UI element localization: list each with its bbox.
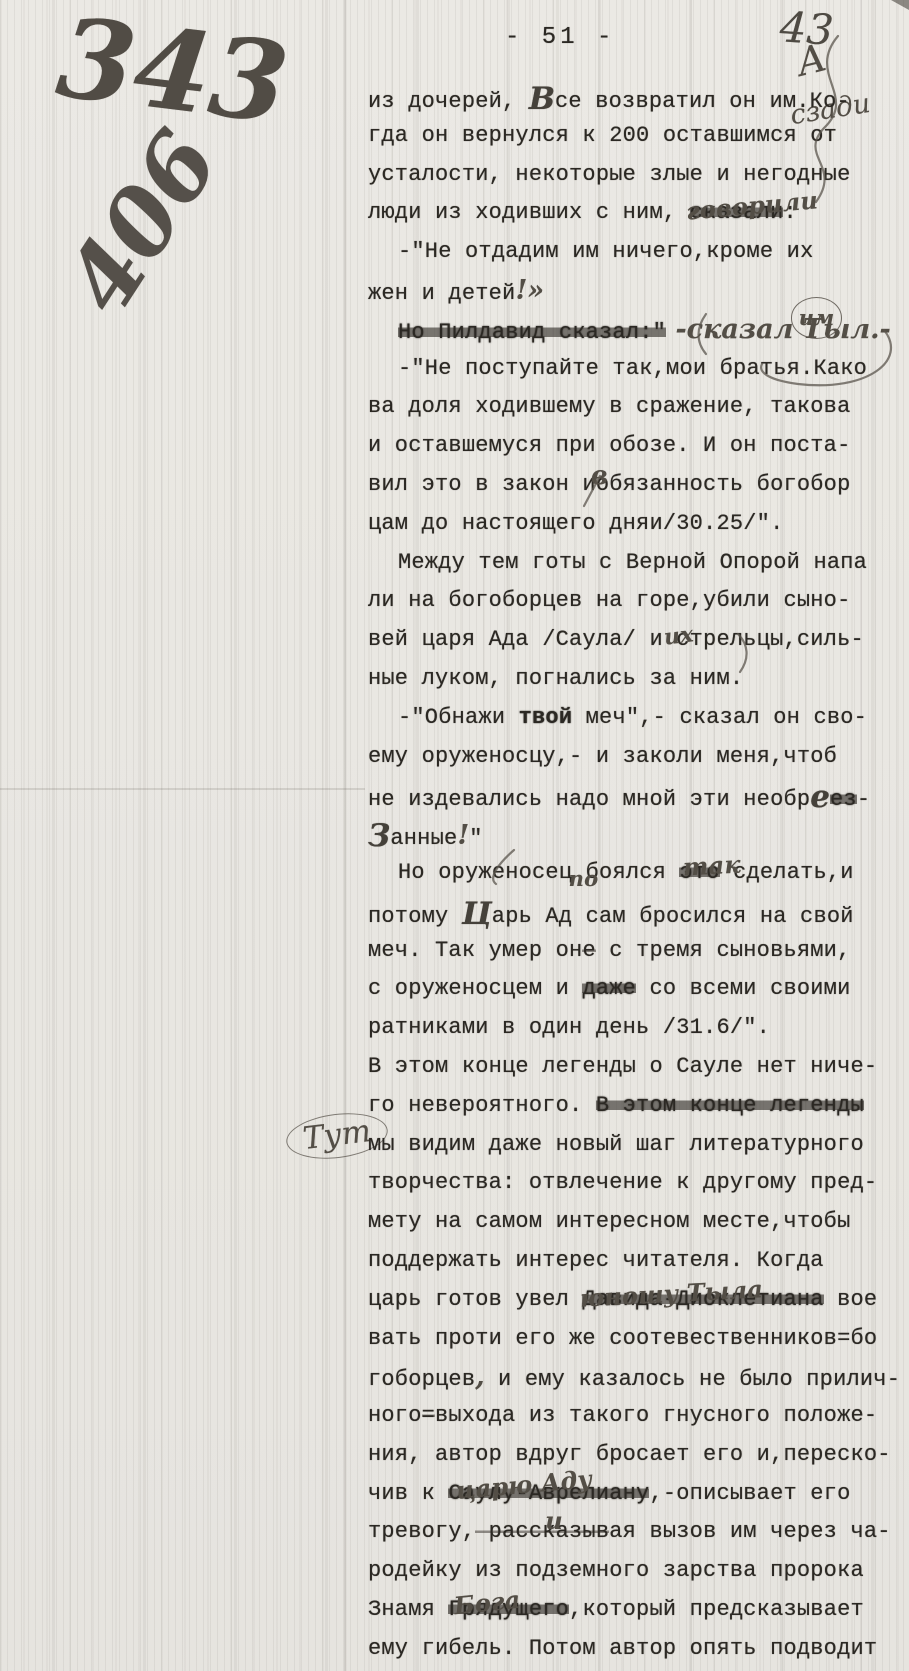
typed-text-segment: царь готов увел <box>368 1287 582 1312</box>
handwritten-insertion: их <box>662 616 696 658</box>
page-number: - 51 - <box>505 24 615 51</box>
paper-crease <box>0 788 365 790</box>
typed-text-segment: - <box>857 787 870 812</box>
typed-line: -"Обнажи твой меч",- сказал он сво- <box>368 699 898 738</box>
typed-line: ного=выхода из такого гнусного положе- <box>368 1397 898 1436</box>
typed-text-segment: -"Не поступайте так,мои братья.Како <box>398 356 867 381</box>
typed-line: ратниками в один день /31.6/". <box>368 1009 898 1048</box>
typed-text-segment: из дочерей, <box>368 89 529 114</box>
typed-line: ли на богоборцев на горе,убили сыно- <box>368 582 898 621</box>
typed-text-segment: боялся <box>586 860 680 885</box>
typed-text-segment: ли на богоборцев на горе,убили сыно- <box>368 588 850 613</box>
typed-line: Но оруженосец побоялся такэто сделать,и <box>368 854 898 893</box>
typed-line: го невероятного. В этом конце легенды <box>368 1087 898 1126</box>
typed-text-segment: ные луком, погнались за ним. <box>368 666 743 691</box>
typed-text-segment: Между тем готы с Верной Опорой напа <box>398 550 867 575</box>
struck-text: = <box>422 1403 435 1428</box>
typed-text-segment: -"Не отдадим им ничего,кроме их <box>398 239 813 264</box>
typed-line: ему гибель. Потом автор опять подводит <box>368 1630 898 1669</box>
typed-line: потому Царь Ад сам бросился на свой <box>368 893 898 932</box>
handwritten-archive-number-406: 406 <box>44 112 239 332</box>
typed-line: ему оруженосцу,- и заколи меня,чтоб <box>368 738 898 777</box>
typed-text-segment: -"Обнажи <box>398 705 519 730</box>
handwritten-insertion: так <box>682 845 742 887</box>
typed-line: вил это в закон ивобязанность богобор <box>368 466 898 505</box>
typed-text-segment: с тремя сыновьями, <box>596 938 851 963</box>
typed-line: мету на самом интересном месте,чтобы <box>368 1203 898 1242</box>
handwritten-insertion: им <box>791 297 843 339</box>
typed-line: ные луком, погнались за ним. <box>368 660 898 699</box>
typed-text-segment: вил это в закон и <box>368 472 596 497</box>
typed-text-segment: вей царя Ада /Саула/ и <box>368 627 676 652</box>
typed-text-segment: арь Ад сам бросился на свой <box>492 904 854 929</box>
typed-text-segment: ратниками в один день /31.6/". <box>368 1015 770 1040</box>
typed-text-segment: се возвратил он им.Ко- <box>555 89 850 114</box>
typed-text-segment: чив к <box>368 1481 448 1506</box>
handwritten-text: , <box>475 1361 484 1392</box>
typed-text-segment: и ему казалось не было прилич- <box>485 1367 900 1392</box>
typed-text-segment: ему гибель. Потом автор опять подводит <box>368 1636 877 1661</box>
typed-text-segment: обязанность богобор <box>596 472 851 497</box>
typed-line: В этом конце легенды о Сауле нет ниче- <box>368 1048 898 1087</box>
typed-text-segment: не издевались надо мной эти необр <box>368 787 810 812</box>
typed-line: мы видим даже новый шаг литературного <box>368 1126 898 1165</box>
typed-line: тревогу, рассказывиая вызов им через ча- <box>368 1513 898 1552</box>
typed-text: из дочерей, Все возвратил он им.Ко-гда о… <box>368 78 898 1669</box>
struck-text: рассказыв <box>475 1519 609 1544</box>
typed-line: меч. Так умер оне с тремя сыновьями, <box>368 932 898 971</box>
typed-text-segment: творчества: отвлечение к другому пред- <box>368 1170 877 1195</box>
typed-text-segment: " <box>469 826 482 851</box>
typed-text-segment: и оставшемуся при обозе. И он поста- <box>368 433 850 458</box>
typed-text-segment: го невероятного. <box>368 1093 596 1118</box>
corner-tear-mark <box>891 0 909 10</box>
typed-line: люди из ходивших с ним, говорилисказали: <box>368 194 898 233</box>
typed-text-segment: ного <box>368 1403 422 1428</box>
typed-line: не издевались надо мной эти необреез- <box>368 776 898 815</box>
typed-text-segment: цам до настоящего дняи/30.25/". <box>368 511 783 536</box>
typed-line: и оставшемуся при обозе. И он поста- <box>368 427 898 466</box>
typed-line: родейку из подземного зарства пророка <box>368 1552 898 1591</box>
typed-line: Но Пилдавид сказал:" -сказал имТыл.- <box>368 311 898 350</box>
typed-line: вей царя Ада /Саула/ и ихстрельцы,силь- <box>368 621 898 660</box>
typed-text-segment: стрельцы,силь- <box>676 627 864 652</box>
typed-text-segment: со всеми своими <box>636 976 850 1001</box>
typed-line: царь готов увел юношу ТылаДавида-Диоклет… <box>368 1281 898 1320</box>
typed-text-segment: Знамя <box>368 1597 448 1622</box>
typed-text-segment: жен и детей <box>368 281 515 306</box>
typed-text-segment: тревогу, <box>368 1519 475 1544</box>
typed-text-segment: с оруженосцем и <box>368 976 582 1001</box>
typed-line: из дочерей, Все возвратил он им.Ко- <box>368 78 898 117</box>
typed-line: усталости, некоторые злые и негодные <box>368 156 898 195</box>
typed-line: поддержать интерес читателя. Когда <box>368 1242 898 1281</box>
typed-text-segment: Но оруженосец <box>398 860 586 885</box>
document-page: - 51 - 43 343 406 А сзади Тут из дочерей… <box>0 0 909 1671</box>
typed-text-segment: ния, автор вдруг бросает его и,переско- <box>368 1442 891 1467</box>
typed-text-segment: гда он вернулся к 200 оставшимся от <box>368 123 837 148</box>
handwritten-overlay-letter: В <box>529 81 555 117</box>
typed-text-segment: люди из ходивших с ним, <box>368 200 690 225</box>
typed-text-segment: ,-описывает его <box>649 1481 850 1506</box>
typed-line: -"Не поступайте так,мои братья.Како <box>368 350 898 389</box>
typed-text-segment: усталости, некоторые злые и негодные <box>368 162 850 187</box>
handwritten-text: ! <box>457 820 469 851</box>
typed-line: с оруженосцем и даже со всеми своими <box>368 970 898 1009</box>
typed-text-segment: анные <box>390 826 457 851</box>
typed-text-segment: мы видим даже новый шаг литературного <box>368 1132 864 1157</box>
handwritten-insertion: в <box>591 457 608 496</box>
typed-text-segment: твой <box>519 705 573 730</box>
handwritten-text: -сказал <box>666 314 803 345</box>
typed-line: Знамя БогаГрядущего,который предсказывае… <box>368 1591 898 1630</box>
struck-text: даже <box>582 976 636 1001</box>
typed-line: чив к царю АдуСаулу-Аврелиану,-описывает… <box>368 1475 898 1514</box>
struck-text: е <box>582 938 595 963</box>
typed-line: вать проти его же соотевественников=бо <box>368 1320 898 1359</box>
handwritten-overlay-letter: е <box>810 779 830 815</box>
typed-line: ния, автор вдруг бросает его и,переско- <box>368 1436 898 1475</box>
handwritten-insertion: и <box>545 1502 563 1541</box>
struck-text: В этом конце легенды <box>596 1093 864 1118</box>
typed-text-segment: поддержать интерес читателя. Когда <box>368 1248 824 1273</box>
handwritten-overlay-letter: Ц <box>462 896 492 932</box>
struck-text: ез <box>830 787 857 812</box>
typed-text-segment: меч. Так умер он <box>368 938 582 963</box>
typed-text-segment: В этом конце легенды о Сауле нет ниче- <box>368 1054 877 1079</box>
typed-line: гоборцев, и ему казалось не было прилич- <box>368 1358 898 1397</box>
handwritten-overlay-letter: З <box>368 818 390 854</box>
typed-line: творчества: отвлечение к другому пред- <box>368 1164 898 1203</box>
handwritten-insertion: Бога <box>453 1581 523 1627</box>
typed-text-segment: гоборцев <box>368 1367 475 1392</box>
typed-line: -"Не отдадим им ничего,кроме их <box>368 233 898 272</box>
typed-line: гда он вернулся к 200 оставшимся от <box>368 117 898 156</box>
typed-text-segment: вое <box>824 1287 878 1312</box>
typed-text-segment: ва доля ходившему в сражение, такова <box>368 394 850 419</box>
typed-text-segment: ая вызов им через ча- <box>609 1519 890 1544</box>
typed-text-segment: родейку из подземного зарства пророка <box>368 1558 864 1583</box>
struck-text: Но Пилдавид сказал:" <box>398 320 666 345</box>
typed-text-segment: мету на самом интересном месте,чтобы <box>368 1209 850 1234</box>
typed-text-segment: меч",- сказал он сво- <box>572 705 867 730</box>
typed-text-segment: выхода из такого гнусного положе- <box>435 1403 877 1428</box>
handwritten-text: !» <box>515 275 544 306</box>
typed-line: Между тем готы с Верной Опорой напа <box>368 544 898 583</box>
paper-fold-line <box>344 0 346 1671</box>
handwritten-insertion: по <box>569 860 599 899</box>
typed-text-segment: ,который предсказывает <box>569 1597 864 1622</box>
typed-text-segment: вать проти его же соотевественников=бо <box>368 1326 877 1351</box>
typed-line: Занные!" <box>368 815 898 854</box>
typed-line: ва доля ходившему в сражение, такова <box>368 388 898 427</box>
typed-text-segment: потому <box>368 904 462 929</box>
typed-text-segment: ему оруженосцу,- и заколи меня,чтоб <box>368 744 837 769</box>
typed-line: цам до настоящего дняи/30.25/". <box>368 505 898 544</box>
handwritten-archive-number-343: 343 <box>51 0 295 149</box>
